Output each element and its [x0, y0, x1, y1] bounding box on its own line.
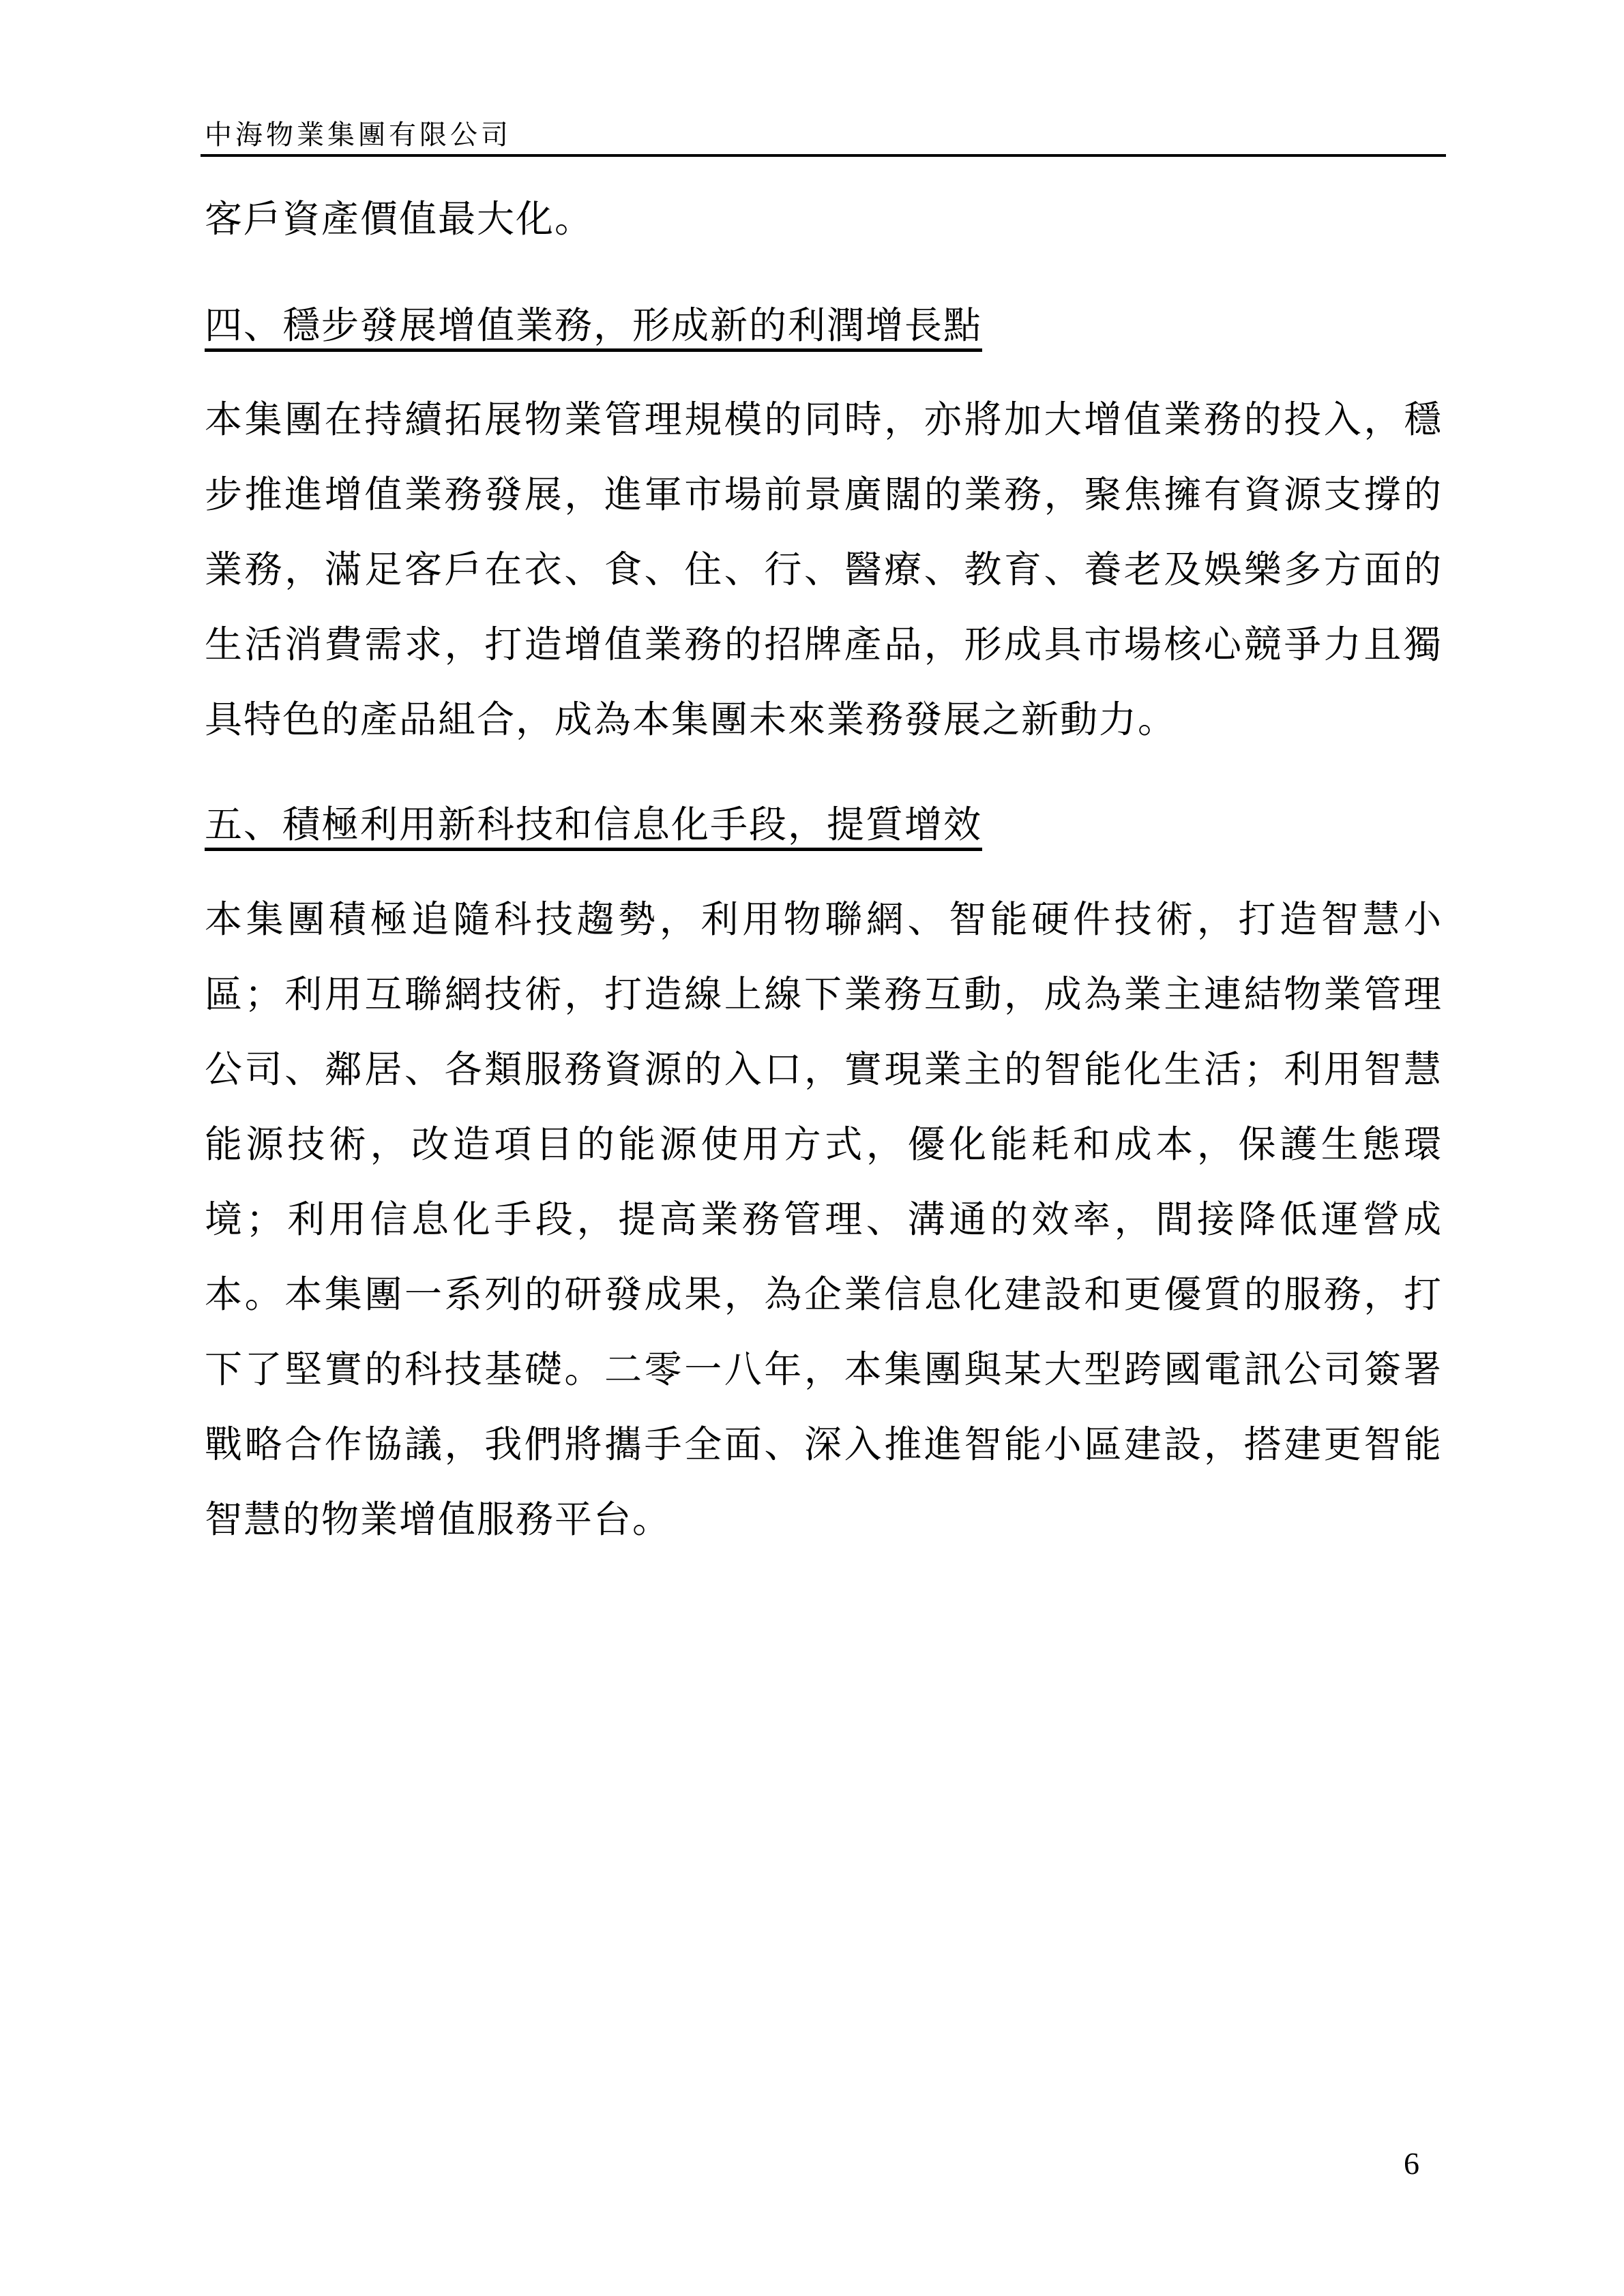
paragraph-continuation-line: 客戶資產價值最大化。 — [205, 182, 1443, 257]
page-number: 6 — [1404, 2145, 1419, 2181]
header-divider-rule — [201, 154, 1446, 157]
section-heading-five: 五、積極利用新科技和信息化手段，提質增效 — [205, 803, 982, 851]
document-page: 中海物業集團有限公司 客戶資產價值最大化。 四、穩步發展增值業務，形成新的利潤增… — [0, 0, 1624, 2296]
section-heading-four-text: 四、穩步發展增值業務，形成新的利潤增長點 — [205, 306, 982, 352]
header-company-name: 中海物業集團有限公司 — [205, 113, 512, 152]
section-paragraph-five: 本集團積極追隨科技趨勢，利用物聯網、智能硬件技術，打造智慧小區；利用互聯網技術，… — [205, 882, 1443, 1557]
section-heading-five-text: 五、積極利用新科技和信息化手段，提質增效 — [205, 805, 982, 851]
section-paragraph-four: 本集團在持續拓展物業管理規模的同時，亦將加大增值業務的投入，穩步推進增值業務發展… — [205, 383, 1443, 758]
section-heading-four: 四、穩步發展增值業務，形成新的利潤增長點 — [205, 304, 982, 352]
